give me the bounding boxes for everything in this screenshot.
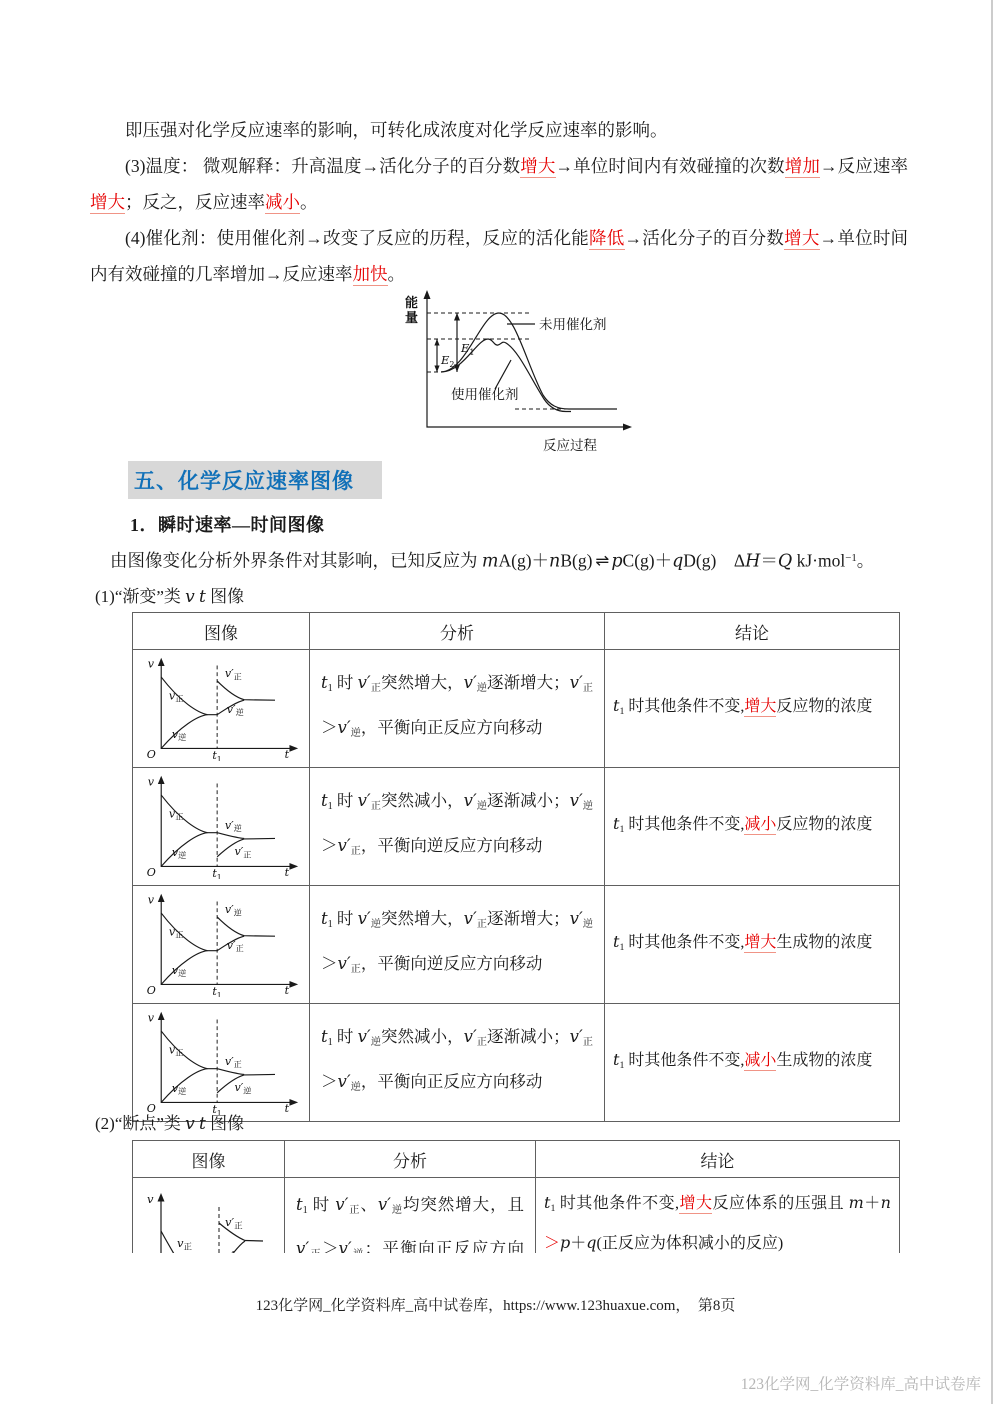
gradual-vt-table: 图像 分析 结论 v O t1 t v正 v逆 v′正 v′逆 t1 时 v′正… <box>132 612 900 1122</box>
v-reverse-new-label: v′逆 <box>225 1248 243 1253</box>
header-conclusion: 结论 <box>536 1141 900 1178</box>
t-axis-label: t <box>285 984 290 997</box>
conclusion-cell: t1 时其他条件不变,增大反应物的浓度 <box>605 650 900 768</box>
v-reverse-new-label: v′逆 <box>225 819 242 833</box>
sub-heading: 1．瞬时速率—时间图像 <box>130 511 325 537</box>
graph-cell: v O t1 t v正 v逆 v′逆 v′正 <box>133 768 310 886</box>
paragraph-temperature: (3)温度： 微观解释：升高温度→活化分子的百分数增大→单位时间内有效碰撞的次数… <box>90 148 908 220</box>
breakpoint-vt-table-clip: 图像 分析 结论 v v正 v′正 v′逆 t1 时 v′正、v′逆均突然增大，… <box>132 1140 903 1253</box>
table-row: v O t1 t v正 v逆 v′正 v′逆 t1 时 v′逆突然减小，v′正逐… <box>133 1004 900 1122</box>
header-image: 图像 <box>133 613 310 650</box>
conclusion-cell: t1 时其他条件不变,减小反应物的浓度 <box>605 768 900 886</box>
origin-label: O <box>147 866 156 879</box>
origin-label: O <box>147 984 156 997</box>
vt-graph-increase-reactant: v O t1 t v正 v逆 v′正 v′逆 <box>140 651 302 761</box>
analysis-cell: t1 时 v′逆突然减小，v′正逐渐减小；v′正＞v′逆，平衡向正反应方向移动 <box>310 1004 605 1122</box>
t-axis-label: t <box>285 748 290 761</box>
conclusion-cell: t1 时其他条件不变,增大反应体系的压强且 m＋n＞p＋q(正反应为体积减小的反… <box>536 1178 900 1254</box>
breakpoint-vt-table: 图像 分析 结论 v v正 v′正 v′逆 t1 时 v′正、v′逆均突然增大，… <box>132 1140 900 1253</box>
vt-graph-decrease-product: v O t1 t v正 v逆 v′正 v′逆 <box>140 1005 302 1115</box>
v-forward-new-label: v′正 <box>235 845 252 859</box>
section-heading: 五、化学反应速率图像 <box>128 461 382 499</box>
graph-cell: v O t1 t v正 v逆 v′逆 v′正 <box>133 886 310 1004</box>
header-image: 图像 <box>133 1141 285 1178</box>
analysis-cell: t1 时 v′正突然减小，v′逆逐渐减小；v′逆＞v′正，平衡向逆反应方向移动 <box>310 768 605 886</box>
table-row: v O t1 t v正 v逆 v′逆 v′正 t1 时 v′逆突然增大，v′正逐… <box>133 886 900 1004</box>
analysis-cell: t1 时 v′正突然增大，v′逆逐渐增大；v′正＞v′逆，平衡向正反应方向移动 <box>310 650 605 768</box>
paragraph-catalyst: (4)催化剂：使用催化剂→改变了反应的历程，反应的活化能降低→活化分子的百分数增… <box>90 220 908 292</box>
v-reverse-new-label: v′逆 <box>225 903 242 917</box>
t1-label: t1 <box>212 985 221 997</box>
conclusion-cell: t1 时其他条件不变,减小生成物的浓度 <box>605 1004 900 1122</box>
v-axis-label: v <box>148 893 155 906</box>
with-catalyst-label: 使用催化剂 <box>451 386 519 402</box>
t1-label: t1 <box>212 749 221 761</box>
header-analysis: 分析 <box>310 613 605 650</box>
v-axis-label: v <box>148 775 155 788</box>
graph-cell: v O t1 t v正 v逆 v′正 v′逆 <box>133 650 310 768</box>
v-forward-label: v正 <box>169 807 183 821</box>
vt-graph-increase-product: v O t1 t v正 v逆 v′逆 v′正 <box>140 887 302 997</box>
v-axis-label: v <box>147 1192 154 1206</box>
t-axis-label: t <box>285 866 290 879</box>
table-row: v O t1 t v正 v逆 v′正 v′逆 t1 时 v′正突然增大，v′逆逐… <box>133 650 900 768</box>
paragraph-pressure: 即压强对化学反应速率的影响，可转化成浓度对化学反应速率的影响。 <box>90 112 908 148</box>
graph-cell: v v正 v′正 v′逆 <box>133 1178 285 1254</box>
v-forward-new-label: v′正 <box>225 1055 242 1069</box>
activation-energy-chart: 能量 反应过程 E1 E2 未用催化剂 使用催化剂 <box>395 287 660 457</box>
graph-cell: v O t1 t v正 v逆 v′正 v′逆 <box>133 1004 310 1122</box>
v-reverse-new-label: v′逆 <box>227 703 244 717</box>
header-conclusion: 结论 <box>605 613 900 650</box>
energy-axis-label: 能量 <box>405 295 418 325</box>
document-page: 即压强对化学反应速率的影响，可转化成浓度对化学反应速率的影响。 (3)温度： 微… <box>0 0 993 1404</box>
v-forward-label: v正 <box>177 1236 193 1252</box>
header-analysis: 分析 <box>285 1141 536 1178</box>
v-axis-label: v <box>148 657 155 670</box>
v-forward-new-label: v′正 <box>225 667 242 681</box>
v-axis-label: v <box>148 1011 155 1024</box>
origin-label: O <box>147 748 156 761</box>
t1-label: t1 <box>212 867 221 879</box>
t-axis-label: t <box>285 1102 290 1115</box>
no-catalyst-label: 未用催化剂 <box>539 316 607 332</box>
v-forward-label: v正 <box>169 689 183 703</box>
vt-graph-increase-pressure: v v正 v′正 v′逆 <box>139 1185 279 1253</box>
analysis-cell: t1 时 v′正、v′逆均突然增大，且 v′正＞v′逆；平衡向正反应方向进 <box>285 1178 536 1254</box>
reaction-progress-axis-label: 反应过程 <box>543 438 597 453</box>
table-header-row: 图像 分析 结论 <box>133 613 900 650</box>
analysis-cell: t1 时 v′逆突然增大，v′正逐渐增大；v′逆＞v′正，平衡向逆反应方向移动 <box>310 886 605 1004</box>
energy-diagram: 能量 反应过程 E1 E2 未用催化剂 使用催化剂 <box>395 287 660 462</box>
body-text: 即压强对化学反应速率的影响，可转化成浓度对化学反应速率的影响。 (3)温度： 微… <box>90 112 908 292</box>
v-forward-new-label: v′正 <box>227 939 244 953</box>
table-header-row: 图像 分析 结论 <box>133 1141 900 1178</box>
intro-line: 由图像变化分析外界条件对其影响，已知反应为 mA(g)＋nB(g)⇌pC(g)＋… <box>90 543 910 576</box>
page-footer: 123化学网_化学资料库_高中试卷库，https://www.123huaxue… <box>0 1294 991 1315</box>
table-row: v v正 v′正 v′逆 t1 时 v′正、v′逆均突然增大，且 v′正＞v′逆… <box>133 1178 900 1254</box>
v-forward-label: v正 <box>169 1043 183 1057</box>
v-forward-new-label: v′正 <box>225 1215 243 1231</box>
breakpoint-type-label: (2)“断点”类 v t 图像 <box>95 1109 244 1134</box>
vt-graph-decrease-reactant: v O t1 t v正 v逆 v′逆 v′正 <box>140 769 302 879</box>
e2-label: E2 <box>440 353 455 369</box>
gradual-type-label: (1)“渐变”类 v t 图像 <box>95 582 244 607</box>
watermark: 123化学网_化学资料库_高中试卷库 <box>741 1372 981 1394</box>
v-reverse-new-label: v′逆 <box>235 1081 252 1095</box>
table-row: v O t1 t v正 v逆 v′逆 v′正 t1 时 v′正突然减小，v′逆逐… <box>133 768 900 886</box>
conclusion-cell: t1 时其他条件不变,增大生成物的浓度 <box>605 886 900 1004</box>
v-forward-label: v正 <box>169 925 183 939</box>
